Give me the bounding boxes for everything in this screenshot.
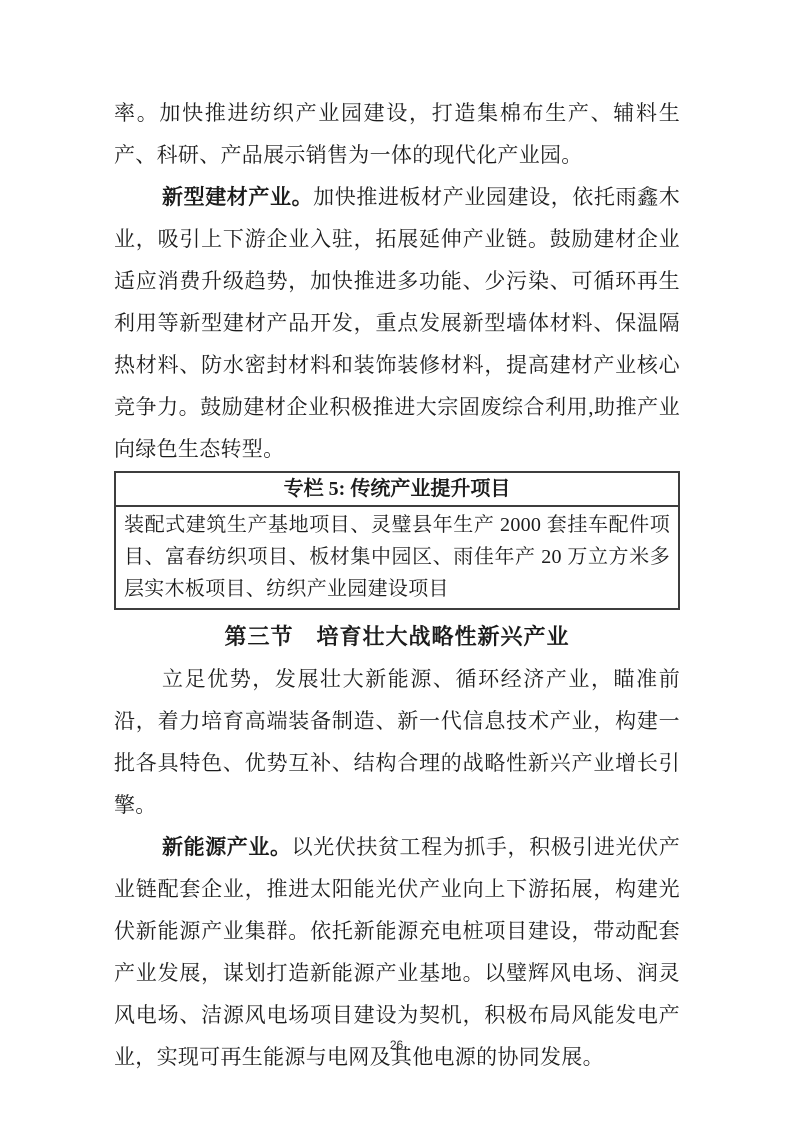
paragraph-text: 率。加快推进纺织产业园建设，打造集棉布生产、辅料生产、科研、产品展示销售为一体的… (114, 101, 680, 167)
section-heading: 第三节 培育壮大战略性新兴产业 (114, 616, 680, 658)
paragraph-lead-bold: 新型建材产业。 (162, 185, 313, 209)
paragraph-lead-bold: 新能源产业。 (162, 835, 292, 859)
special-column-title: 专栏 5: 传统产业提升项目 (116, 473, 678, 507)
paragraph-text: 立足优势，发展壮大新能源、循环经济产业，瞄准前沿，着力培育高端装备制造、新一代信… (114, 667, 680, 817)
body-paragraph: 立足优势，发展壮大新能源、循环经济产业，瞄准前沿，着力培育高端装备制造、新一代信… (114, 658, 680, 826)
special-column-body: 装配式建筑生产基地项目、灵璧县年生产 2000 套挂车配件项目、富春纺织项目、板… (116, 507, 678, 608)
body-paragraph: 率。加快推进纺织产业园建设，打造集棉布生产、辅料生产、科研、产品展示销售为一体的… (114, 92, 680, 176)
special-column-box: 专栏 5: 传统产业提升项目 装配式建筑生产基地项目、灵璧县年生产 2000 套… (114, 471, 680, 610)
body-paragraph: 新型建材产业。加快推进板材产业园建设，依托雨鑫木业，吸引上下游企业入驻，拓展延伸… (114, 176, 680, 470)
paragraph-text: 以光伏扶贫工程为抓手，积极引进光伏产业链配套企业，推进太阳能光伏产业向上下游拓展… (114, 835, 680, 1069)
document-page: 率。加快推进纺织产业园建设，打造集棉布生产、辅料生产、科研、产品展示销售为一体的… (0, 0, 793, 1122)
paragraph-text: 加快推进板材产业园建设，依托雨鑫木业，吸引上下游企业入驻，拓展延伸产业链。鼓励建… (114, 185, 680, 461)
page-number: 26 (0, 1038, 793, 1052)
page-content: 率。加快推进纺织产业园建设，打造集棉布生产、辅料生产、科研、产品展示销售为一体的… (114, 92, 680, 1078)
